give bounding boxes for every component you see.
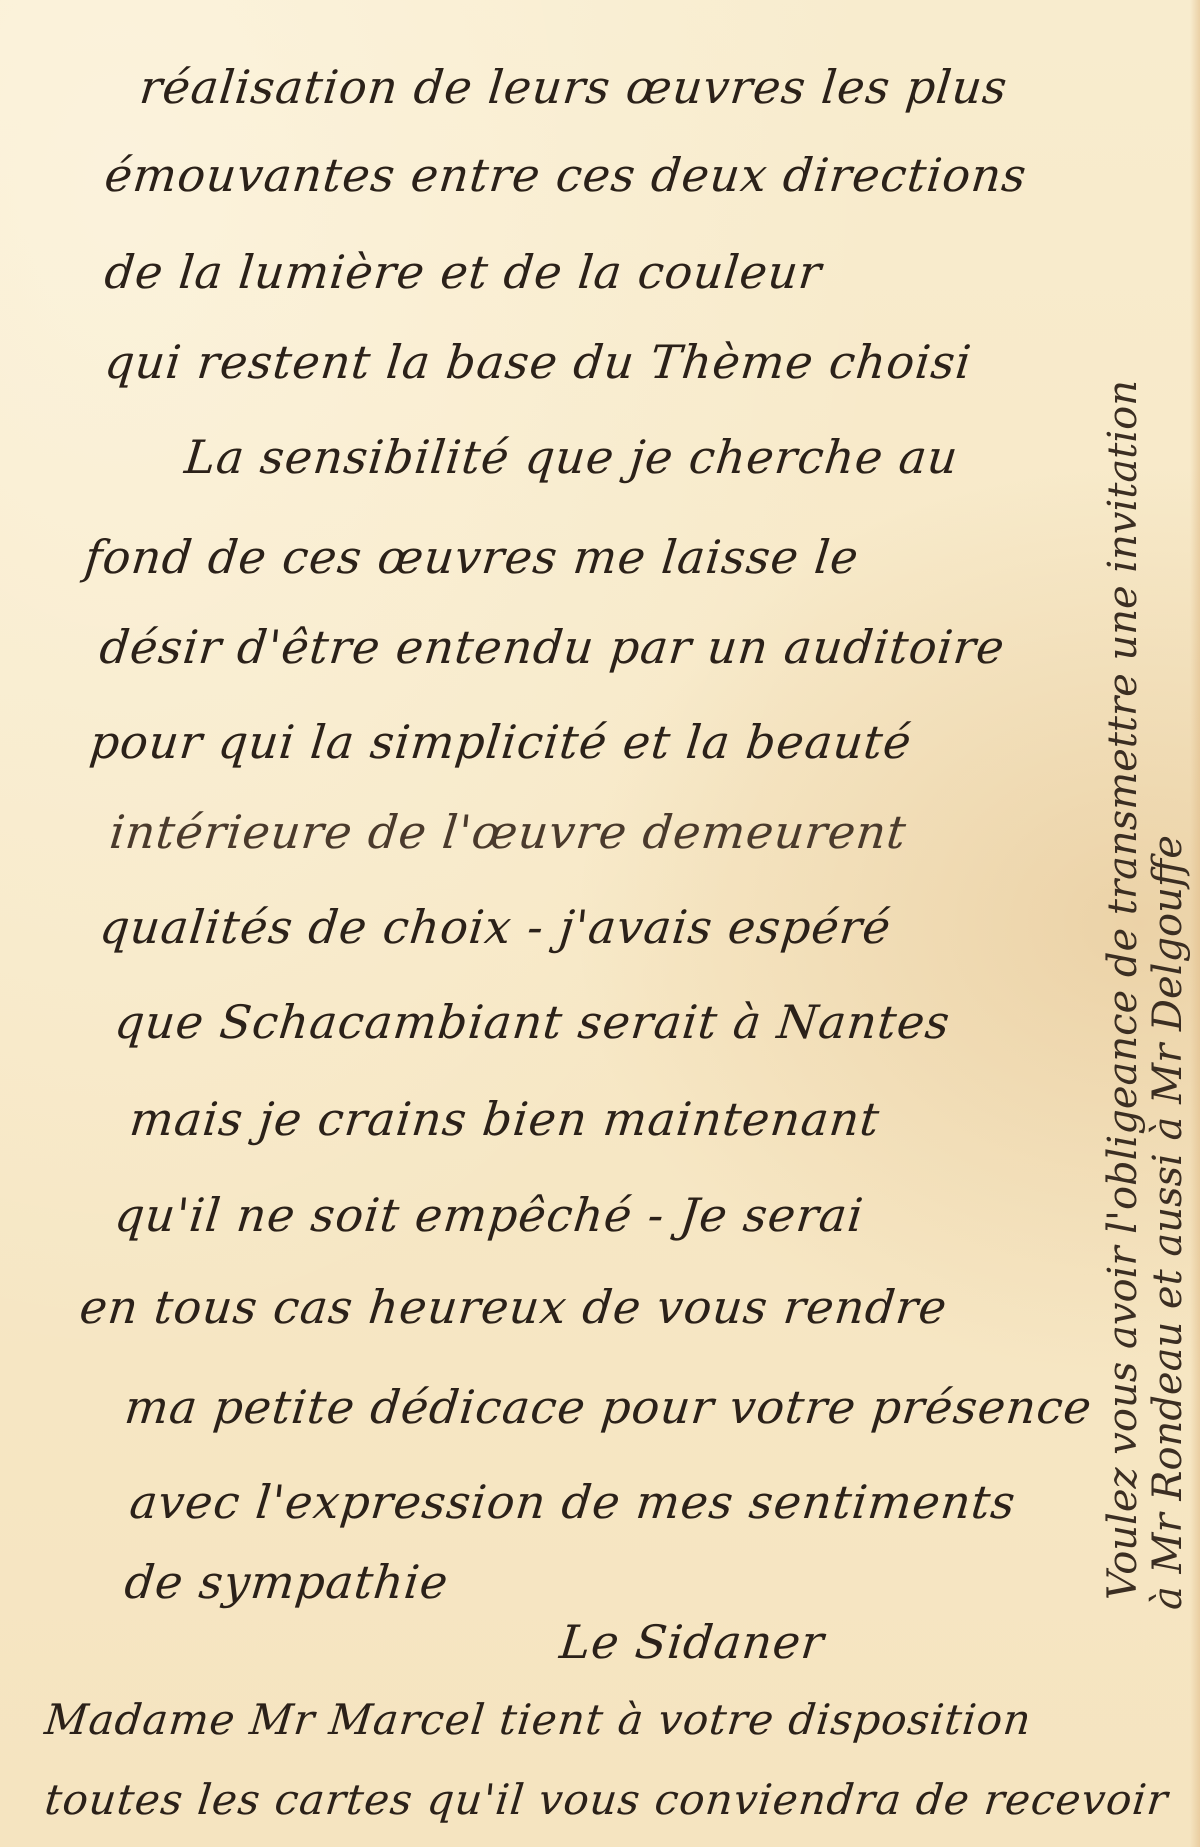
- body-line: fond de ces œuvres me laisse le: [82, 530, 861, 584]
- body-line: que Schacambiant serait à Nantes: [112, 995, 953, 1049]
- body-line: pour qui la simplicité et la beauté: [87, 715, 914, 769]
- body-line: qualités de choix - j'avais espéré: [97, 900, 894, 954]
- body-line: de sympathie: [122, 1555, 451, 1609]
- signature: Le Sidaner: [557, 1615, 827, 1669]
- margin-note-line: à Mr Rondeau et aussi à Mr Delgouffe: [1145, 835, 1191, 1610]
- postscript-line: toutes les cartes qu'il vous conviendra …: [42, 1775, 1170, 1824]
- body-line: ma petite dédicace pour votre présence: [122, 1380, 1095, 1434]
- margin-note-line: Voulez vous avoir l'obligeance de transm…: [1100, 380, 1146, 1600]
- body-line: désir d'être entendu par un auditoire: [97, 620, 1007, 674]
- body-line: La sensibilité que je cherche au: [182, 430, 961, 484]
- paper-right-edge: [1190, 0, 1200, 1847]
- body-line: intérieure de l'œuvre demeurent: [107, 805, 909, 859]
- body-line: avec l'expression de mes sentiments: [127, 1475, 1018, 1529]
- body-line: qui restent la base du Thème choisi: [102, 335, 974, 389]
- postscript-line: Madame Mr Marcel tient à votre dispositi…: [42, 1695, 1034, 1744]
- body-line: émouvantes entre ces deux directions: [102, 148, 1029, 202]
- body-line: de la lumière et de la couleur: [102, 245, 824, 299]
- body-line: réalisation de leurs œuvres les plus: [137, 60, 1010, 114]
- body-line: mais je crains bien maintenant: [127, 1092, 882, 1146]
- body-line: qu'il ne soit empêché - Je serai: [112, 1188, 866, 1242]
- body-line: en tous cas heureux de vous rendre: [77, 1280, 950, 1334]
